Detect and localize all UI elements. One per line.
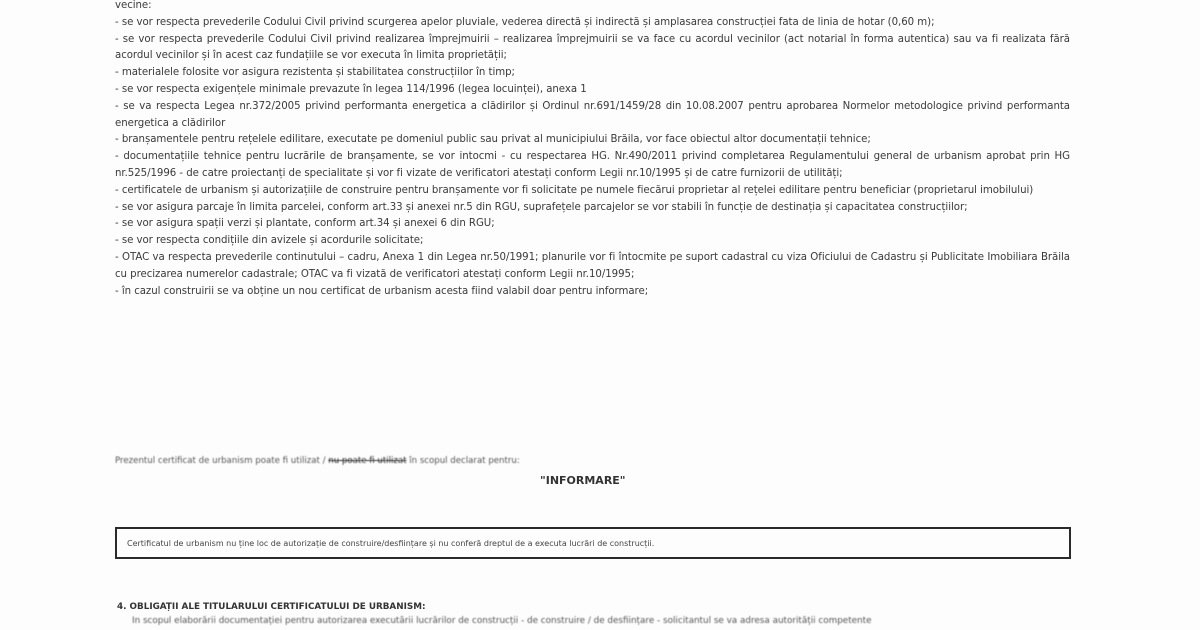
requirement-item: - certificatele de urbanism și autorizaț… <box>115 183 1070 200</box>
section-4-text: În scopul elaborării documentației pentr… <box>132 616 1072 626</box>
paragraph-vecine: vecine: <box>115 0 1070 15</box>
section-4-title: 4. OBLIGAȚII ALE TITULARULUI CERTIFICATU… <box>117 602 426 612</box>
requirement-item: - în cazul construirii se va obține un n… <box>115 284 1070 301</box>
usage-statement: Prezentul certificat de urbanism poate f… <box>115 456 520 466</box>
notice-text: Certificatul de urbanism nu ține loc de … <box>127 539 654 548</box>
requirement-item: - se vor asigura parcaje în limita parce… <box>115 200 1070 217</box>
requirement-item: - se vor respecta condițiile din avizele… <box>115 233 1070 250</box>
requirement-item: - se va respecta Legea nr.372/2005 privi… <box>115 99 1070 133</box>
requirement-item: - se vor respecta prevederile Codului Ci… <box>115 15 1070 32</box>
notice-box: Certificatul de urbanism nu ține loc de … <box>115 527 1071 559</box>
usage-text-after: în scopul declarat pentru: <box>407 456 520 466</box>
requirement-item: - se vor asigura spații verzi și plantat… <box>115 216 1070 233</box>
usage-text-before: Prezentul certificat de urbanism poate f… <box>115 456 328 466</box>
requirement-item: - documentațiile tehnice pentru lucrăril… <box>115 149 1070 183</box>
requirement-item: - branșamentele pentru rețelele edilitar… <box>115 132 1070 149</box>
requirement-item: - se vor respecta exigențele minimale pr… <box>115 82 1070 99</box>
usage-struck-option: nu poate fi utilizat <box>328 456 406 466</box>
scanned-document-page: vecine: - se vor respecta prevederile Co… <box>0 0 1200 630</box>
requirements-list: vecine: - se vor respecta prevederile Co… <box>115 0 1070 300</box>
requirement-item: - materialele folosite vor asigura rezis… <box>115 65 1070 82</box>
requirement-item: - se vor respecta prevederile Codului Ci… <box>115 32 1070 66</box>
requirement-item: - OTAC va respecta prevederile continutu… <box>115 250 1070 284</box>
purpose-label: "INFORMARE" <box>540 474 626 487</box>
